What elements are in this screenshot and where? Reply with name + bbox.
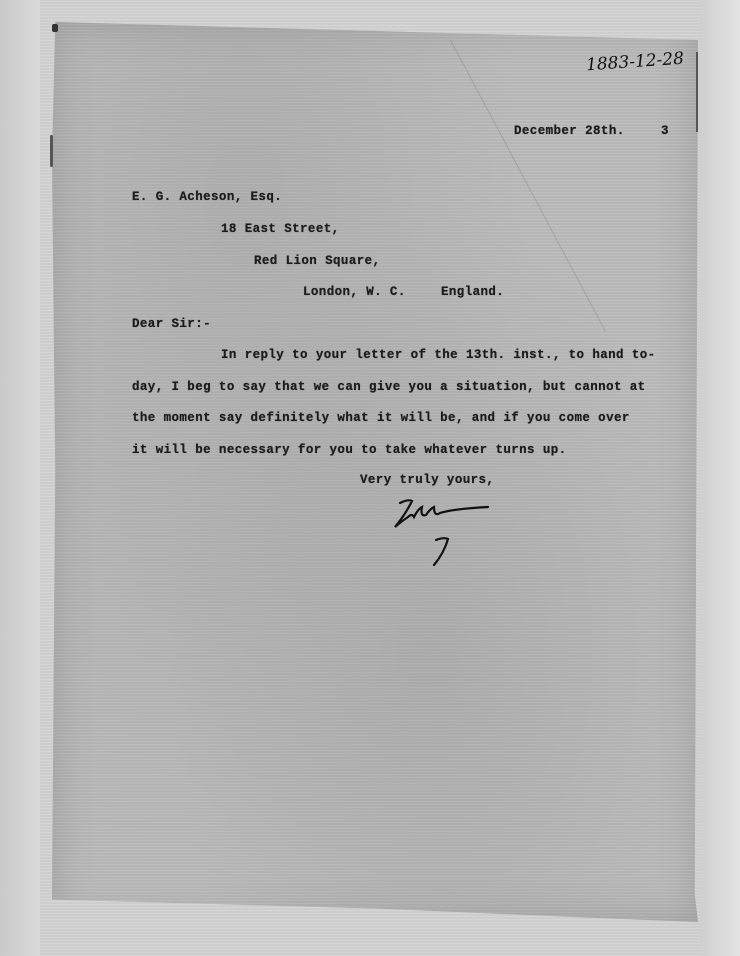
body-line: In reply to your letter of the 13th. ins… [221, 348, 656, 362]
salutation: Dear Sir:- [132, 317, 211, 331]
page-number: 3 [661, 124, 669, 138]
recipient-name: E. G. Acheson, Esq. [132, 190, 282, 204]
body-line: it will be necessary for you to take wha… [132, 443, 567, 457]
letter-date: December 28th. [514, 124, 625, 138]
paper-edge-mark [696, 52, 698, 132]
recipient-address-line-2: Red Lion Square, [254, 254, 380, 268]
paper-edge-crease [50, 135, 53, 167]
recipient-country: England. [441, 285, 504, 299]
handwritten-signature [390, 495, 500, 570]
closing: Very truly yours, [360, 473, 494, 487]
body-line: the moment say definitely what it will b… [132, 411, 630, 425]
letter-page [52, 22, 698, 922]
recipient-city: London, W. C. [303, 285, 406, 299]
recipient-address-line-1: 18 East Street, [221, 222, 340, 236]
scan-background-left [0, 0, 40, 956]
scan-background-right [700, 0, 740, 956]
body-line: day, I beg to say that we can give you a… [132, 380, 646, 394]
paper-corner-mark [52, 24, 58, 32]
